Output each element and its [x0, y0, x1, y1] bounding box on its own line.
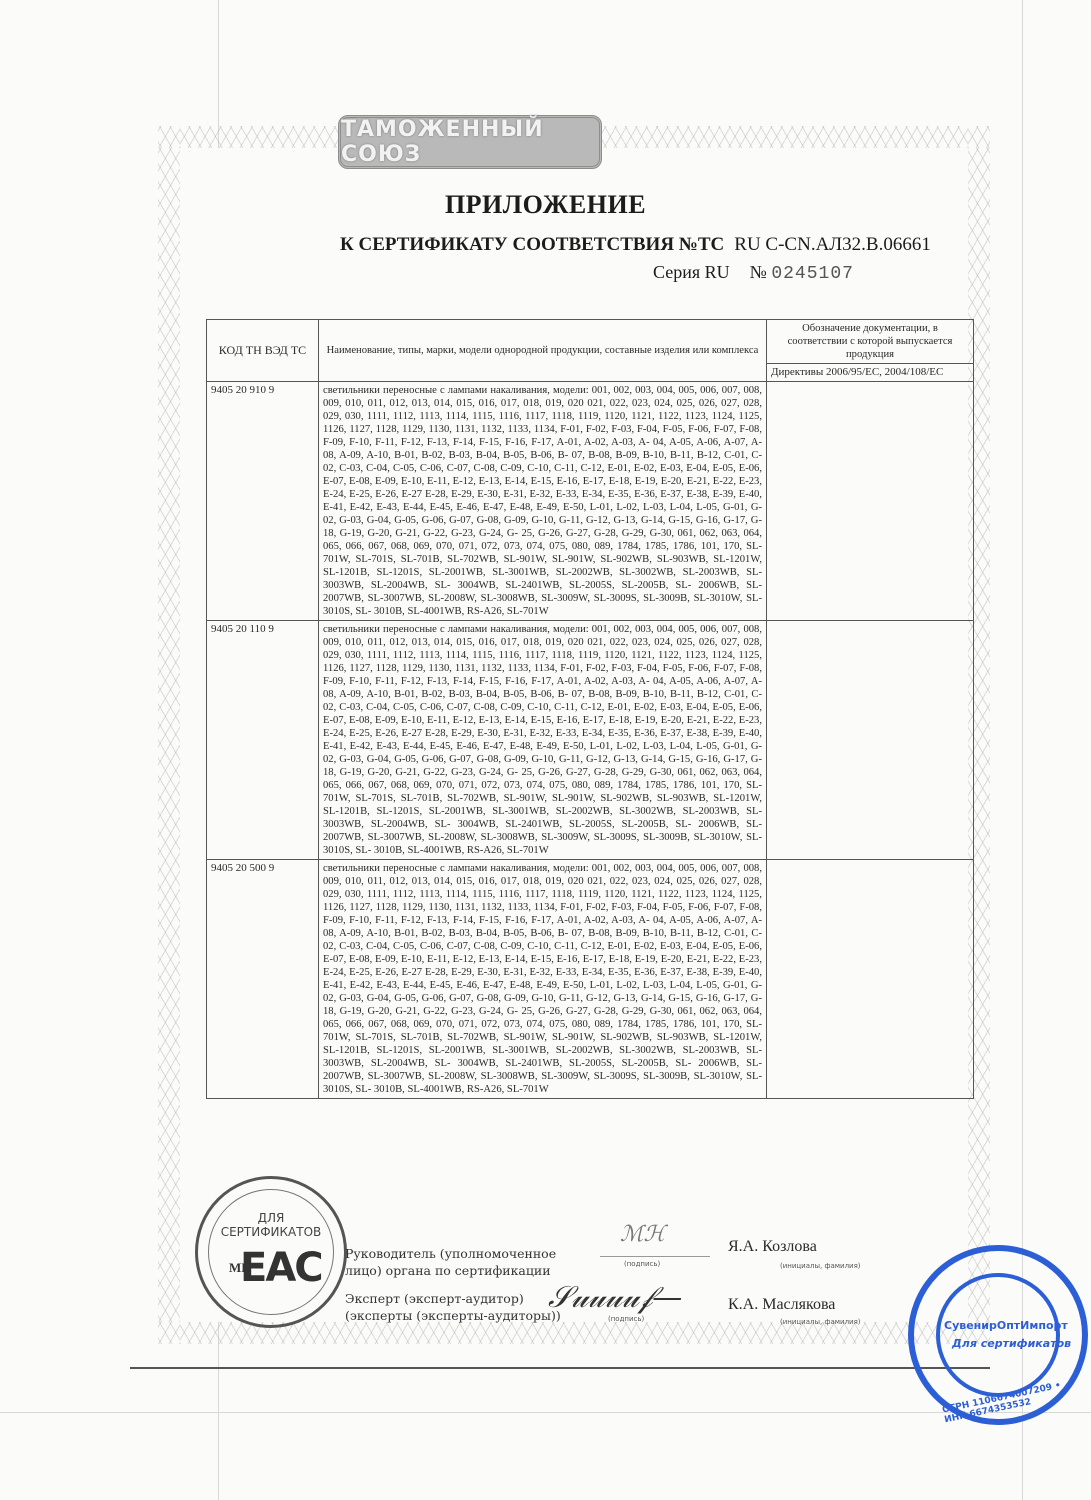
name-caption: (инициалы, фамилия)	[780, 1262, 861, 1270]
header-code: КОД ТН ВЭД ТС	[207, 320, 319, 382]
document-title: ПРИЛОЖЕНИЕ	[0, 190, 1091, 220]
page-divider	[130, 1367, 990, 1369]
head-label: Руководитель (уполномоченное лицо) орган…	[345, 1245, 556, 1279]
row-description: светильники переносные с лампами накалив…	[319, 382, 767, 621]
stamp-text: ДЛЯ СЕРТИФИКАТОВ	[198, 1211, 344, 1239]
signature-line	[600, 1256, 710, 1257]
name-caption: (инициалы, фамилия)	[780, 1318, 861, 1326]
table-header-row: КОД ТН ВЭД ТС Наименование, типы, марки,…	[207, 320, 974, 364]
stamp-purpose: Для сертификатов	[952, 1337, 1071, 1350]
row-docs	[767, 382, 974, 621]
table-row: 9405 20 910 9 светильники переносные с л…	[207, 382, 974, 621]
row-description: светильники переносные с лампами накалив…	[319, 860, 767, 1099]
signature-caption: (подпись)	[624, 1260, 660, 1268]
products-table: КОД ТН ВЭД ТС Наименование, типы, марки,…	[206, 319, 974, 1099]
expert-label: Эксперт (эксперт-аудитор) (эксперты (экс…	[345, 1290, 561, 1324]
row-description: светильники переносные с лампами накалив…	[319, 621, 767, 860]
expert-signature: 𝒮𝓊𝓊𝓊𝓊𝒻—	[548, 1280, 682, 1315]
subtitle-label: К СЕРТИФИКАТУ СООТВЕТСТВИЯ №ТС	[340, 234, 724, 255]
scan-line	[0, 1412, 1091, 1413]
table-row: 9405 20 110 9 светильники переносные с л…	[207, 621, 974, 860]
head-name: Я.А. Козлова	[728, 1238, 817, 1256]
stamp-company-name: СувенирОптИмпорт	[944, 1319, 1068, 1332]
table-row: 9405 20 500 9 светильники переносные с л…	[207, 860, 974, 1099]
seal-place-label: МП	[229, 1260, 251, 1276]
stamp-registration: ОГРН 1106674007209 • ИНН 6674353532	[941, 1377, 1082, 1426]
signature-caption: (подпись)	[608, 1315, 644, 1323]
row-code: 9405 20 110 9	[207, 621, 319, 860]
certificate-number: RU C-CN.АЛ32.В.06661	[734, 234, 931, 255]
row-code: 9405 20 500 9	[207, 860, 319, 1099]
header-docs: Обозначение документации, в соответствии…	[767, 320, 974, 364]
company-stamp: СувенирОптИмпорт Для сертификатов ОГРН 1…	[908, 1245, 1088, 1425]
series-label: Серия RU	[653, 262, 730, 282]
certificate-subtitle: К СЕРТИФИКАТУ СООТВЕТСТВИЯ №ТСRU C-CN.АЛ…	[340, 234, 931, 256]
row-docs	[767, 860, 974, 1099]
customs-union-banner: ТАМОЖЕННЫЙ СОЮЗ	[338, 115, 602, 169]
header-name: Наименование, типы, марки, модели одноро…	[319, 320, 767, 382]
eac-certification-stamp: ДЛЯ СЕРТИФИКАТОВ EAC	[195, 1176, 347, 1328]
expert-name: К.А. Маслякова	[728, 1296, 835, 1314]
row-docs	[767, 621, 974, 860]
serial-number: 0245107	[771, 264, 854, 284]
directives-cell: Директивы 2006/95/EC, 2004/108/EC	[767, 364, 974, 382]
row-code: 9405 20 910 9	[207, 382, 319, 621]
eac-mark-icon: EAC	[240, 1245, 322, 1291]
series-line: Серия RU№ 0245107	[653, 262, 854, 284]
head-signature: ℳℋ	[620, 1222, 665, 1247]
number-label: №	[750, 262, 767, 282]
